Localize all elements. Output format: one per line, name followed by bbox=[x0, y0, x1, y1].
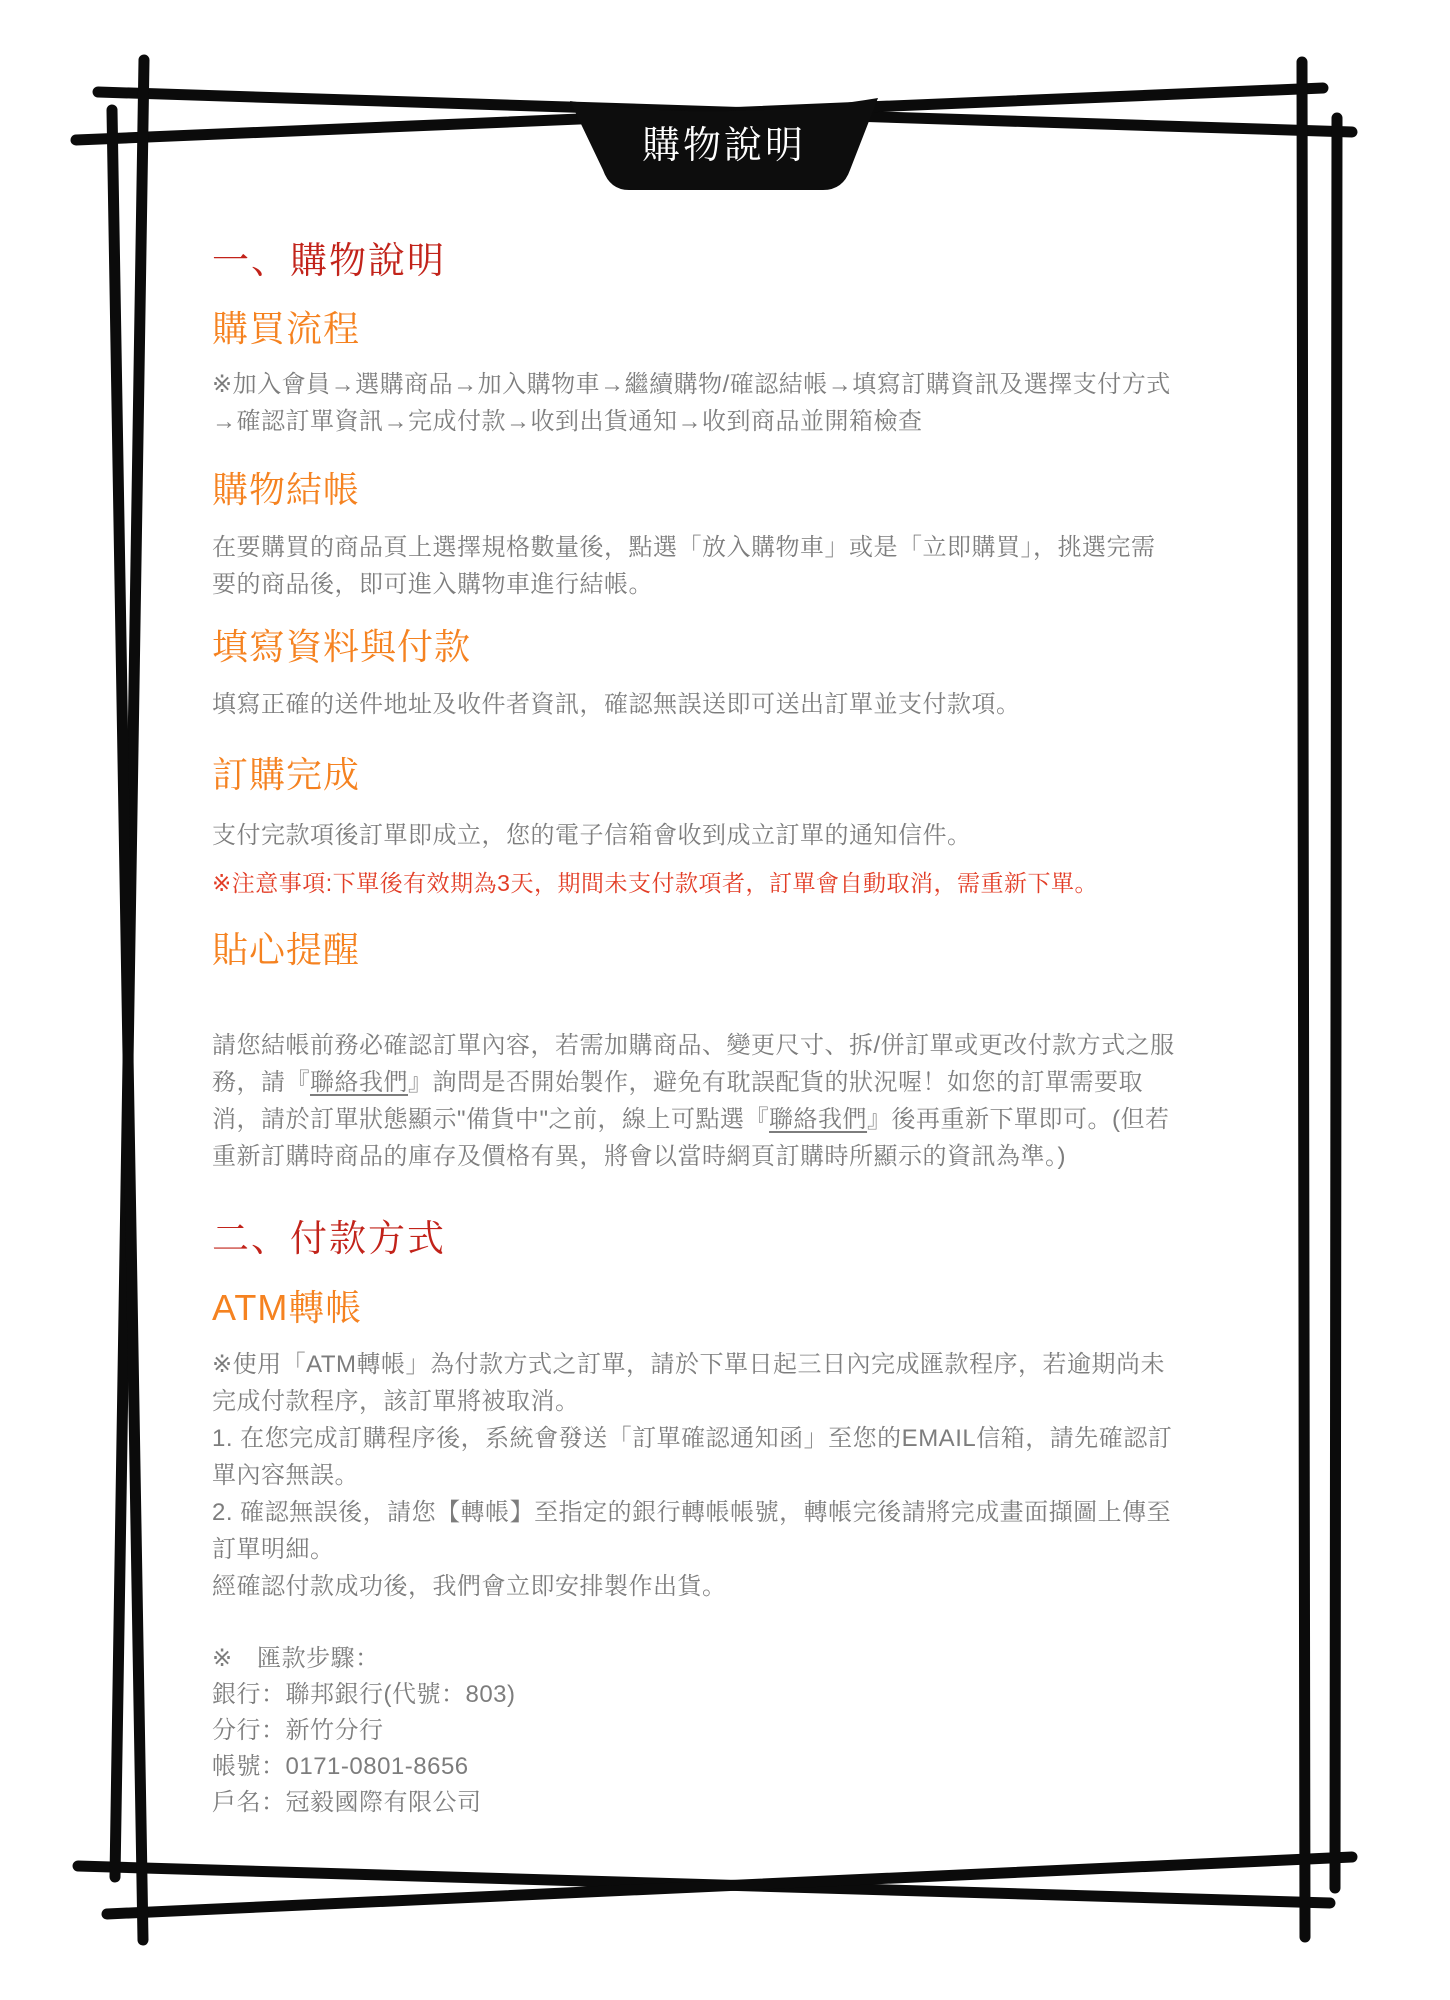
order-complete-note: ※注意事項:下單後有效期為3天，期間未支付款項者，訂單會自動取消，需重新下單。 bbox=[212, 868, 1252, 898]
contact-us-link-1[interactable]: 聯絡我們 bbox=[310, 1069, 408, 1096]
reminder-body: 請您結帳前務必確認訂單內容，若需加購商品、變更尺寸、拆/併訂單或更改付款方式之服… bbox=[212, 990, 1252, 1175]
section1-heading: 一、購物說明 bbox=[212, 240, 1252, 282]
remittance-steps-label: ※ 匯款步驟： bbox=[212, 1641, 1252, 1677]
bank-holder-line: 戶名：冠毅國際有限公司 bbox=[212, 1785, 1252, 1821]
frame-right-line-2 bbox=[1335, 118, 1337, 1888]
order-complete-body: 支付完款項後訂單即成立，您的電子信箱會收到成立訂單的通知信件。 bbox=[212, 817, 1252, 854]
banner-title: 購物說明 bbox=[570, 122, 878, 170]
contact-us-link-2[interactable]: 聯絡我們 bbox=[769, 1106, 867, 1133]
frame-right-line-1 bbox=[1302, 62, 1305, 1937]
atm-transfer-body: ※使用「ATM轉帳」為付款方式之訂單，請於下單日起三日內完成匯款程序，若逾期尚未… bbox=[212, 1346, 1252, 1605]
fill-info-body: 填寫正確的送件地址及收件者資訊，確認無誤送即可送出訂單並支付款項。 bbox=[212, 686, 1252, 723]
fill-info-title: 填寫資料與付款 bbox=[212, 626, 1252, 668]
checkout-title: 購物結帳 bbox=[212, 469, 1252, 511]
shopping-guide-page: { "banner": { "title": "購物說明" }, "colors… bbox=[0, 0, 1450, 2000]
purchase-flow-title: 購買流程 bbox=[212, 308, 1252, 350]
bank-branch-line: 分行：新竹分行 bbox=[212, 1713, 1252, 1749]
bank-info-block: ※ 匯款步驟： 銀行：聯邦銀行(代號：803) 分行：新竹分行 帳號：0171-… bbox=[212, 1641, 1252, 1821]
bank-name-line: 銀行：聯邦銀行(代號：803) bbox=[212, 1677, 1252, 1713]
atm-transfer-title: ATM轉帳 bbox=[212, 1287, 1252, 1329]
purchase-flow-body: ※加入會員→選購商品→加入購物車→繼續購物/確認結帳→填寫訂購資訊及選擇支付方式… bbox=[212, 366, 1252, 440]
checkout-body: 在要購買的商品頁上選擇規格數量後，點選「放入購物車」或是「立即購買」，挑選完需 … bbox=[212, 529, 1252, 603]
reminder-title: 貼心提醒 bbox=[212, 929, 1252, 971]
bank-account-line: 帳號：0171-0801-8656 bbox=[212, 1749, 1252, 1785]
frame-bottom-line-2 bbox=[107, 1857, 1352, 1914]
order-complete-title: 訂購完成 bbox=[212, 754, 1252, 796]
section2-heading: 二、付款方式 bbox=[212, 1218, 1252, 1260]
